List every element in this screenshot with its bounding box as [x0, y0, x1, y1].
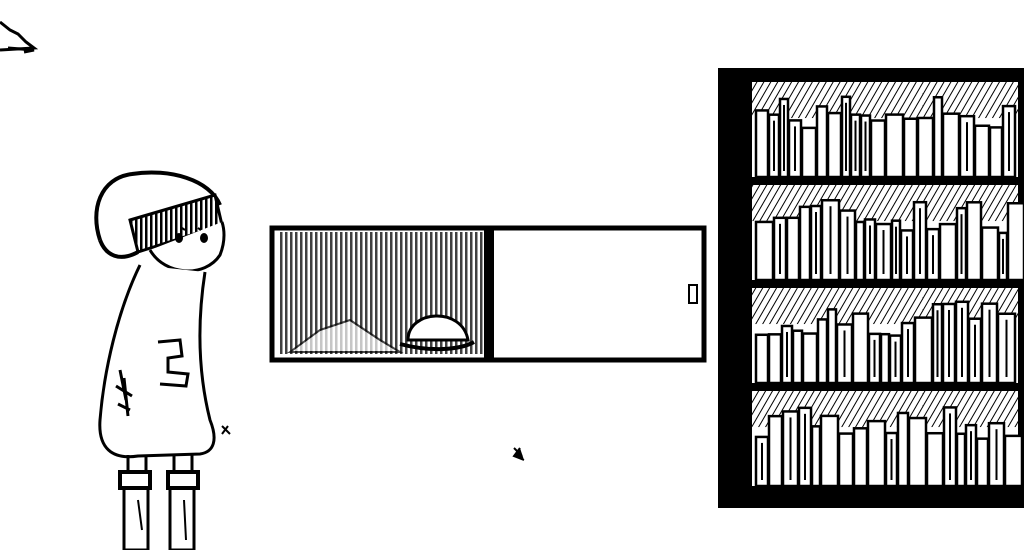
- book[interactable]: [756, 110, 768, 177]
- book[interactable]: [943, 114, 959, 177]
- eye-right: [200, 233, 208, 243]
- book[interactable]: [934, 97, 942, 177]
- book[interactable]: [817, 106, 827, 177]
- book[interactable]: [769, 334, 781, 383]
- book[interactable]: [818, 319, 827, 383]
- book[interactable]: [918, 118, 933, 177]
- book[interactable]: [853, 314, 868, 383]
- sparkle-icon[interactable]: [514, 448, 524, 460]
- book[interactable]: [990, 127, 1002, 177]
- book[interactable]: [793, 331, 802, 383]
- book[interactable]: [927, 433, 943, 486]
- book[interactable]: [854, 428, 867, 486]
- book[interactable]: [871, 121, 885, 177]
- book[interactable]: [982, 228, 998, 280]
- book[interactable]: [769, 416, 782, 486]
- eye-left: [175, 233, 183, 243]
- book[interactable]: [904, 119, 917, 177]
- shelf-plank: [752, 280, 1018, 288]
- player-character[interactable]: [96, 172, 224, 550]
- book[interactable]: [856, 222, 864, 280]
- game-scene: [0, 0, 1024, 550]
- book[interactable]: [803, 334, 817, 383]
- book[interactable]: [756, 335, 768, 383]
- book[interactable]: [1008, 203, 1024, 280]
- book[interactable]: [898, 413, 908, 486]
- book[interactable]: [975, 126, 989, 177]
- book[interactable]: [957, 434, 965, 486]
- book[interactable]: [828, 309, 836, 383]
- window-latch[interactable]: [689, 285, 697, 303]
- shelf-plank: [752, 383, 1018, 391]
- book[interactable]: [967, 202, 981, 280]
- shelf-plank: [752, 486, 1018, 494]
- book[interactable]: [821, 416, 838, 486]
- book[interactable]: [787, 218, 799, 280]
- book[interactable]: [886, 115, 903, 177]
- book[interactable]: [800, 207, 810, 280]
- sparkle-icon[interactable]: [222, 426, 230, 434]
- book[interactable]: [839, 434, 853, 486]
- book[interactable]: [881, 334, 889, 383]
- window-left-pane[interactable]: [278, 232, 484, 354]
- book[interactable]: [756, 222, 773, 280]
- book[interactable]: [812, 426, 820, 486]
- window[interactable]: [272, 228, 704, 360]
- back-arrow-cursor-icon[interactable]: [0, 22, 34, 52]
- book[interactable]: [868, 421, 885, 486]
- bookshelf[interactable]: [718, 68, 1024, 508]
- window-right-pane[interactable]: [496, 234, 692, 354]
- book[interactable]: [802, 128, 816, 177]
- book[interactable]: [1005, 436, 1022, 486]
- book[interactable]: [915, 318, 932, 383]
- book[interactable]: [828, 113, 841, 177]
- book[interactable]: [909, 418, 926, 486]
- book[interactable]: [940, 224, 956, 280]
- book[interactable]: [977, 439, 988, 486]
- shelf-plank: [752, 177, 1018, 185]
